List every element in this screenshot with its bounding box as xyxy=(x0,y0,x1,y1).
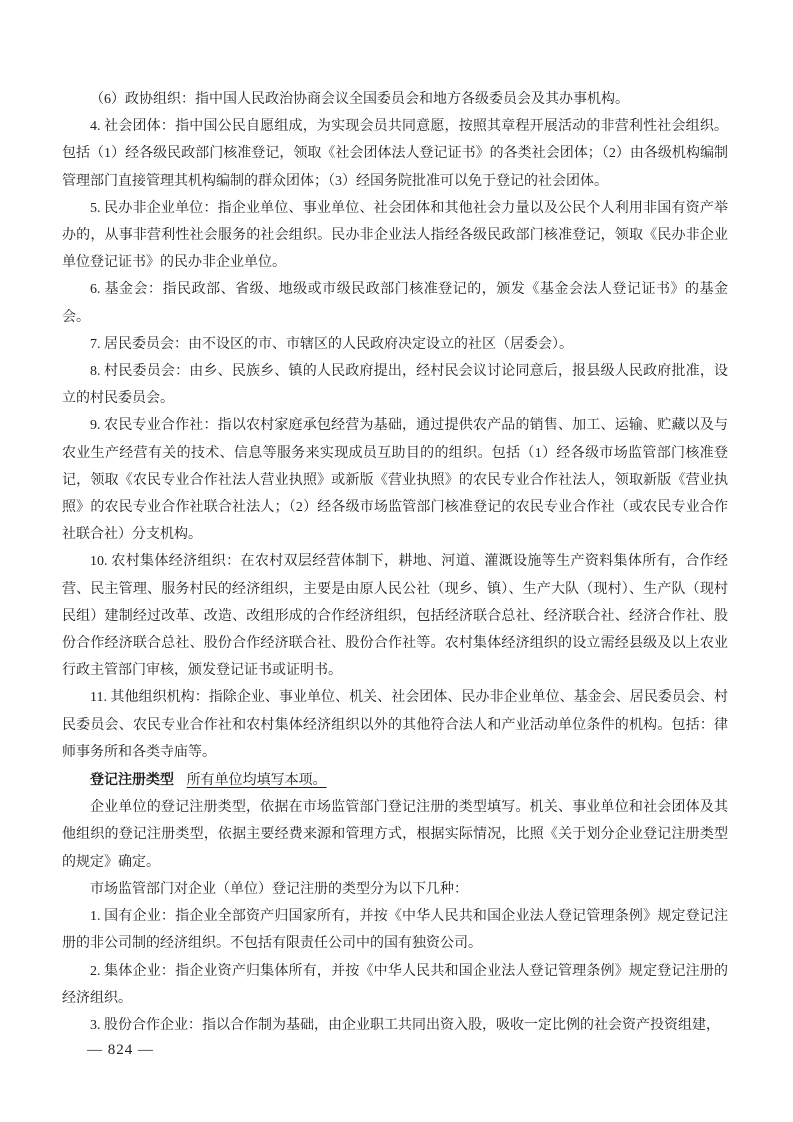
page-number: — 824 — xyxy=(87,1042,154,1058)
para-social-organizations: 4. 社会团体：指中国公民自愿组成，为实现会员共同意愿，按照其章程开展活动的非营… xyxy=(62,113,728,195)
para-residents-committees: 7. 居民委员会：由不设区的市、市辖区的人民政府决定设立的社区（居委会）。 xyxy=(62,331,728,358)
para-registration-intro: 企业单位的登记注册类型，依据在市场监管部门登记注册的类型填写。机关、事业单位和社… xyxy=(62,794,728,876)
para-private-non-enterprise-units: 5. 民办非企业单位：指企业单位、事业单位、社会团体和其他社会力量以及公民个人利… xyxy=(62,195,728,277)
para-foundations: 6. 基金会：指民政部、省级、地级或市级民政部门核准登记的，颁发《基金会法人登记… xyxy=(62,276,728,330)
para-farmers-cooperatives: 9. 农民专业合作社：指以农村家庭承包经营为基础，通过提供农产品的销售、加工、运… xyxy=(62,412,728,548)
document-page: （6）政协组织：指中国人民政治协商会议全国委员会和地方各级委员会及其办事机构。 … xyxy=(0,0,793,1122)
section-heading-label: 登记注册类型 xyxy=(90,771,174,787)
para-collective-enterprises: 2. 集体企业：指企业资产归集体所有，并按《中华人民共和国企业法人登记管理条例》… xyxy=(62,958,728,1012)
para-political-consultative-organs: （6）政协组织：指中国人民政治协商会议全国委员会和地方各级委员会及其办事机构。 xyxy=(62,86,728,113)
document-body: （6）政协组织：指中国人民政治协商会议全国委员会和地方各级委员会及其办事机构。 … xyxy=(62,86,728,1039)
page-footer: — 824 — xyxy=(87,1038,154,1062)
para-registration-lead: 市场监管部门对企业（单位）登记注册的类型分为以下几种： xyxy=(62,876,728,903)
para-share-cooperative-enterprises: 3. 股份合作企业：指以合作制为基础，由企业职工共同出资入股，吸收一定比例的社会… xyxy=(62,1012,728,1039)
para-other-organizations: 11. 其他组织机构：指除企业、事业单位、机关、社会团体、民办非企业单位、基金会… xyxy=(62,684,728,766)
para-rural-collective-economic-organizations: 10. 农村集体经济组织：在农村双层经营体制下，耕地、河道、灌溉设施等生产资料集… xyxy=(62,548,728,684)
section-heading-note: 所有单位均填写本项。 xyxy=(187,773,327,788)
para-state-owned-enterprises: 1. 国有企业：指企业全部资产归国家所有，并按《中华人民共和国企业法人登记管理条… xyxy=(62,903,728,957)
para-villagers-committees: 8. 村民委员会：由乡、民族乡、镇的人民政府提出，经村民会议讨论同意后，报县级人… xyxy=(62,358,728,412)
section-heading-registration-type: 登记注册类型所有单位均填写本项。 xyxy=(62,766,728,794)
